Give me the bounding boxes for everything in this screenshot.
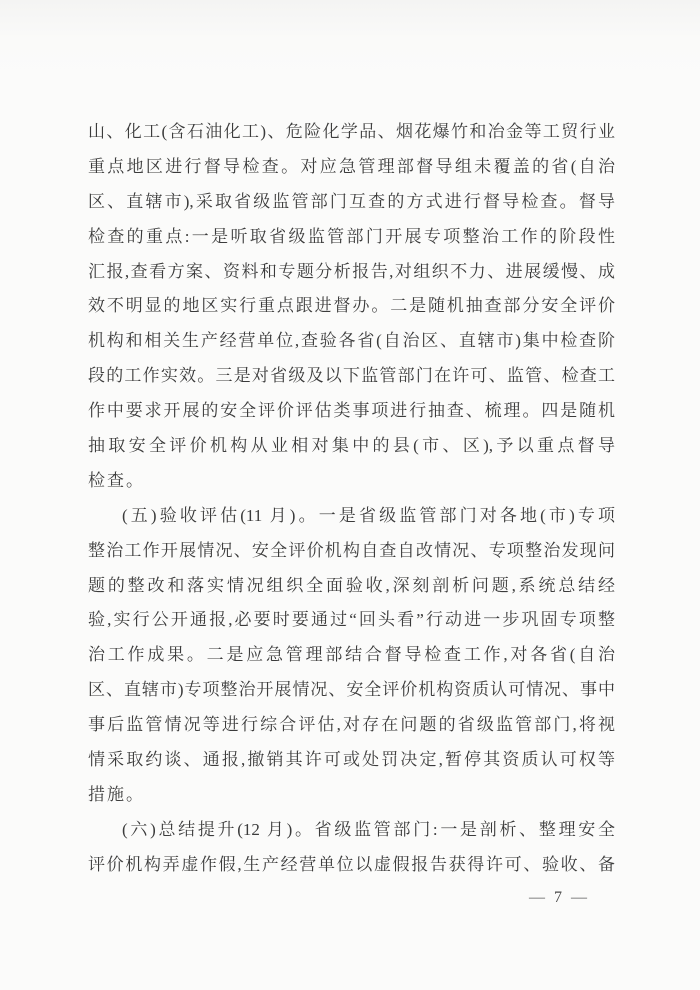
document-body: 山、化工(含石油化工)、危险化学品、烟花爆竹和冶金等工贸行业 重点地区进行督导检… <box>88 115 615 883</box>
text-line: 作中要求开展的安全评价评估类事项进行抽查、梳理。四是随机 <box>88 394 615 429</box>
text-line: 验,实行公开通报,必要时要通过“回头看”行动进一步巩固专项整 <box>88 603 615 638</box>
section-heading-line: (六)总结提升(12 月)。省级监管部门:一是剖析、整理安全 <box>88 813 615 848</box>
document-page: 山、化工(含石油化工)、危险化学品、烟花爆竹和冶金等工贸行业 重点地区进行督导检… <box>0 0 700 990</box>
text-line: 机构和相关生产经营单位,查验各省(自治区、直辖市)集中检查阶 <box>88 324 615 359</box>
text-line: 山、化工(含石油化工)、危险化学品、烟花爆竹和冶金等工贸行业 <box>88 115 615 150</box>
page-number-right-dash: — <box>571 888 587 908</box>
text-line: 段的工作实效。三是对省级及以下监管部门在许可、监管、检查工 <box>88 359 615 394</box>
text-line: 事后监管情况等进行综合评估,对存在问题的省级监管部门,将视 <box>88 708 615 743</box>
text-line: 情采取约谈、通报,撤销其许可或处罚决定,暂停其资质认可权等 <box>88 743 615 778</box>
text-line: 检查。 <box>88 464 615 499</box>
page-number: —7— <box>520 888 596 908</box>
text-line: 措施。 <box>88 778 615 813</box>
section-heading-line: (五)验收评估(11 月)。一是省级监管部门对各地(市)专项 <box>88 499 615 534</box>
page-number-left-dash: — <box>529 888 545 908</box>
text-line: 题的整改和落实情况组织全面验收,深刻剖析问题,系统总结经 <box>88 569 615 604</box>
page-number-value: 7 <box>554 889 562 906</box>
text-line: 治工作成果。二是应急管理部结合督导检查工作,对各省(自治 <box>88 638 615 673</box>
text-line: 区、直辖市),采取省级监管部门互查的方式进行督导检查。督导 <box>88 185 615 220</box>
text-line: 整治工作开展情况、安全评价机构自查自改情况、专项整治发现问 <box>88 534 615 569</box>
text-line: 汇报,查看方案、资料和专题分析报告,对组织不力、进展缓慢、成 <box>88 255 615 290</box>
text-line: 检查的重点:一是听取省级监管部门开展专项整治工作的阶段性 <box>88 220 615 255</box>
text-line: 评价机构弄虚作假,生产经营单位以虚假报告获得许可、验收、备 <box>88 848 615 883</box>
text-line: 抽取安全评价机构从业相对集中的县(市、区),予以重点督导 <box>88 429 615 464</box>
text-line: 重点地区进行督导检查。对应急管理部督导组未覆盖的省(自治 <box>88 150 615 185</box>
text-line: 效不明显的地区实行重点跟进督办。二是随机抽查部分安全评价 <box>88 289 615 324</box>
text-line: 区、直辖市)专项整治开展情况、安全评价机构资质认可情况、事中 <box>88 673 615 708</box>
